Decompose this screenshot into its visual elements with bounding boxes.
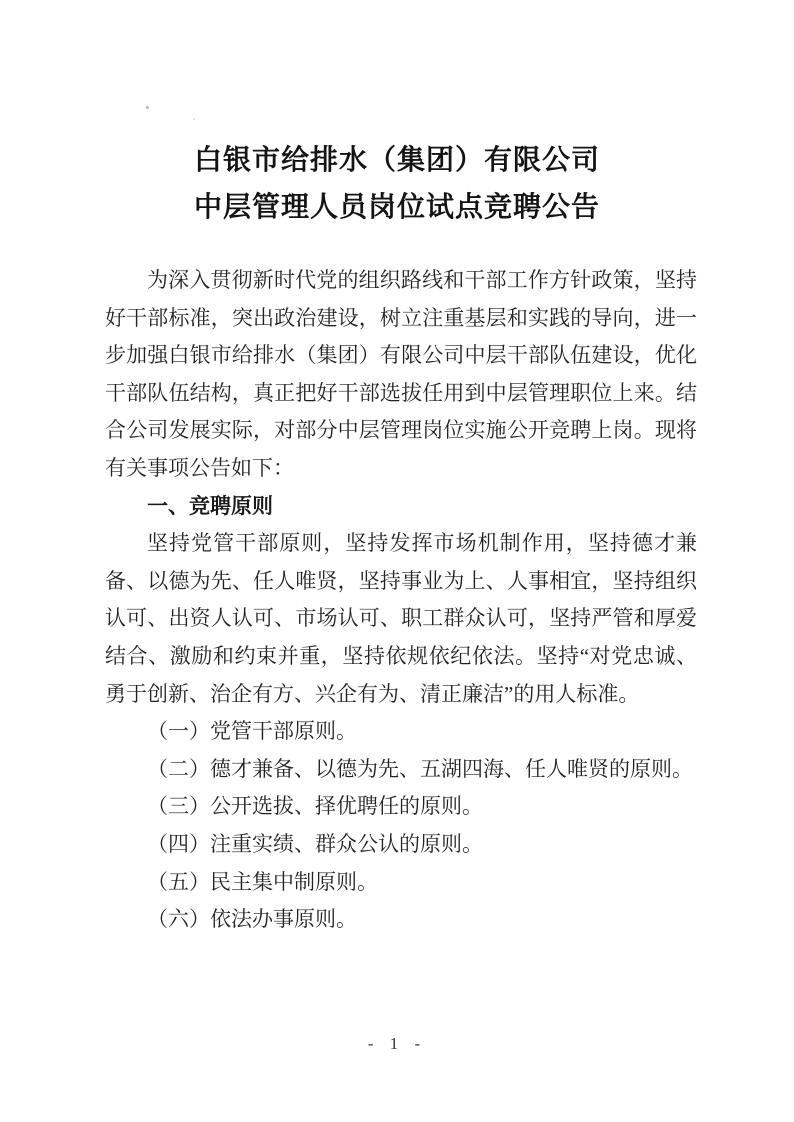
document-body: 为深入贯彻新时代党的组织路线和干部工作方针政策，坚持好干部标准，突出政治建设，树… [105,262,697,939]
section-1-heading: 一、竞聘原则 [105,488,697,526]
principle-item-4: （四）注重实绩、群众公认的原则。 [105,826,697,864]
principle-item-1: （一）党管干部原则。 [105,713,697,751]
principle-item-6: （六）依法办事原则。 [105,901,697,939]
document-page: 白银市给排水（集团）有限公司 中层管理人员岗位试点竞聘公告 为深入贯彻新时代党的… [0,0,794,1122]
document-title-line-2: 中层管理人员岗位试点竞聘公告 [0,183,794,230]
scan-artifact-dot [193,118,195,120]
section-1-paragraph: 坚持党管干部原则，坚持发挥市场机制作用，坚持德才兼备、以德为先、任人唯贤，坚持事… [105,525,697,713]
document-title-line-1: 白银市给排水（集团）有限公司 [0,136,794,183]
page-number: - 1 - [368,1034,426,1053]
intro-paragraph: 为深入贯彻新时代党的组织路线和干部工作方针政策，坚持好干部标准，突出政治建设，树… [105,262,697,488]
page-footer: - 1 - [0,1034,794,1054]
scan-artifact-dot [146,106,149,109]
principle-item-5: （五）民主集中制原则。 [105,864,697,902]
document-title: 白银市给排水（集团）有限公司 中层管理人员岗位试点竞聘公告 [0,136,794,230]
principle-item-3: （三）公开选拔、择优聘任的原则。 [105,788,697,826]
principle-item-2: （二）德才兼备、以德为先、五湖四海、任人唯贤的原则。 [105,751,697,789]
